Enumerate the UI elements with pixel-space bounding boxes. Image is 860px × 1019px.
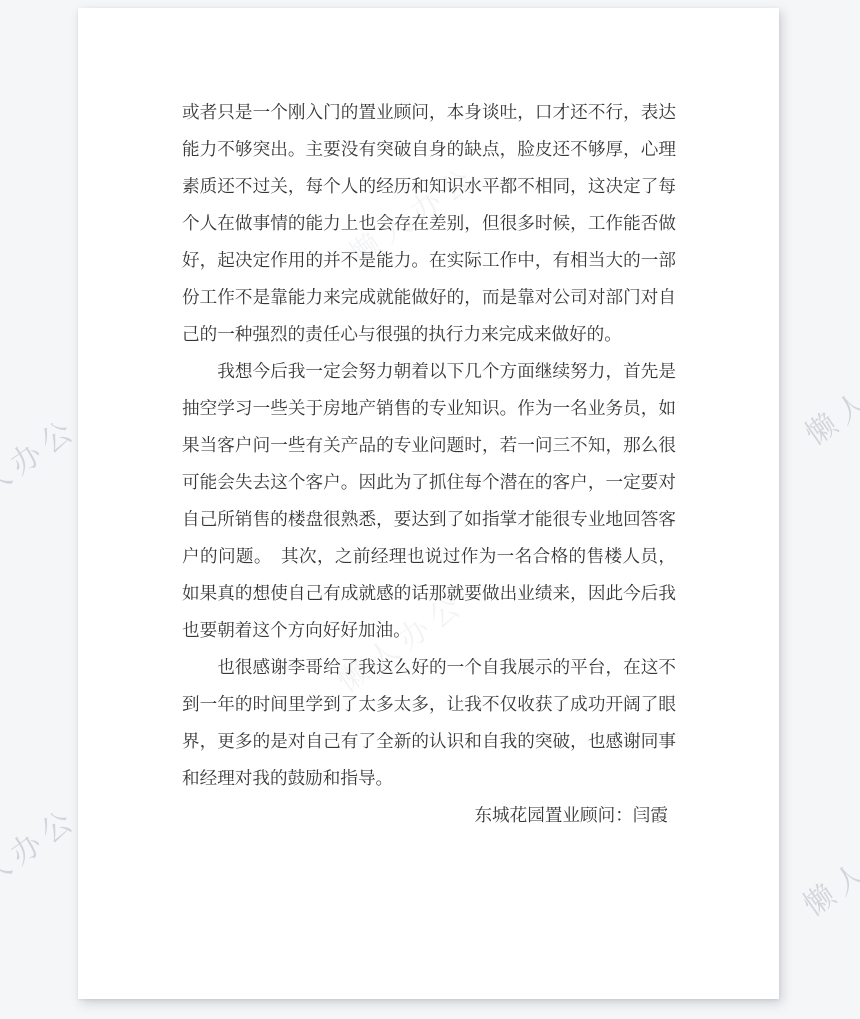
signature-line: 东城花园置业顾问：闫霞 [182, 797, 676, 834]
body-paragraph-3: 也很感谢李哥给了我这么好的一个自我展示的平台，在这不到一年的时间里学到了太多太多… [182, 649, 676, 797]
body-paragraph-1: 或者只是一个刚入门的置业顾问，本身谈吐，口才还不行，表达能力不够突出。主要没有突… [182, 94, 676, 353]
watermark-text: 懒人办公 [795, 333, 860, 454]
document-body: 或者只是一个刚入门的置业顾问，本身谈吐，口才还不行，表达能力不够突出。主要没有突… [182, 94, 676, 834]
watermark-text: 懒人办公 [793, 804, 860, 925]
body-paragraph-2: 我想今后我一定会努力朝着以下几个方面继续努力，首先是抽空学习一些关于房地产销售的… [182, 353, 676, 649]
document-viewer-background: { "page": { "watermark": { "text": "懒人办公… [0, 0, 860, 1019]
document-page: 或者只是一个刚入门的置业顾问，本身谈吐，口才还不行，表达能力不够突出。主要没有突… [78, 8, 779, 999]
watermark-text: 懒人办公 [0, 795, 85, 916]
watermark-text: 懒人办公 [0, 405, 85, 526]
